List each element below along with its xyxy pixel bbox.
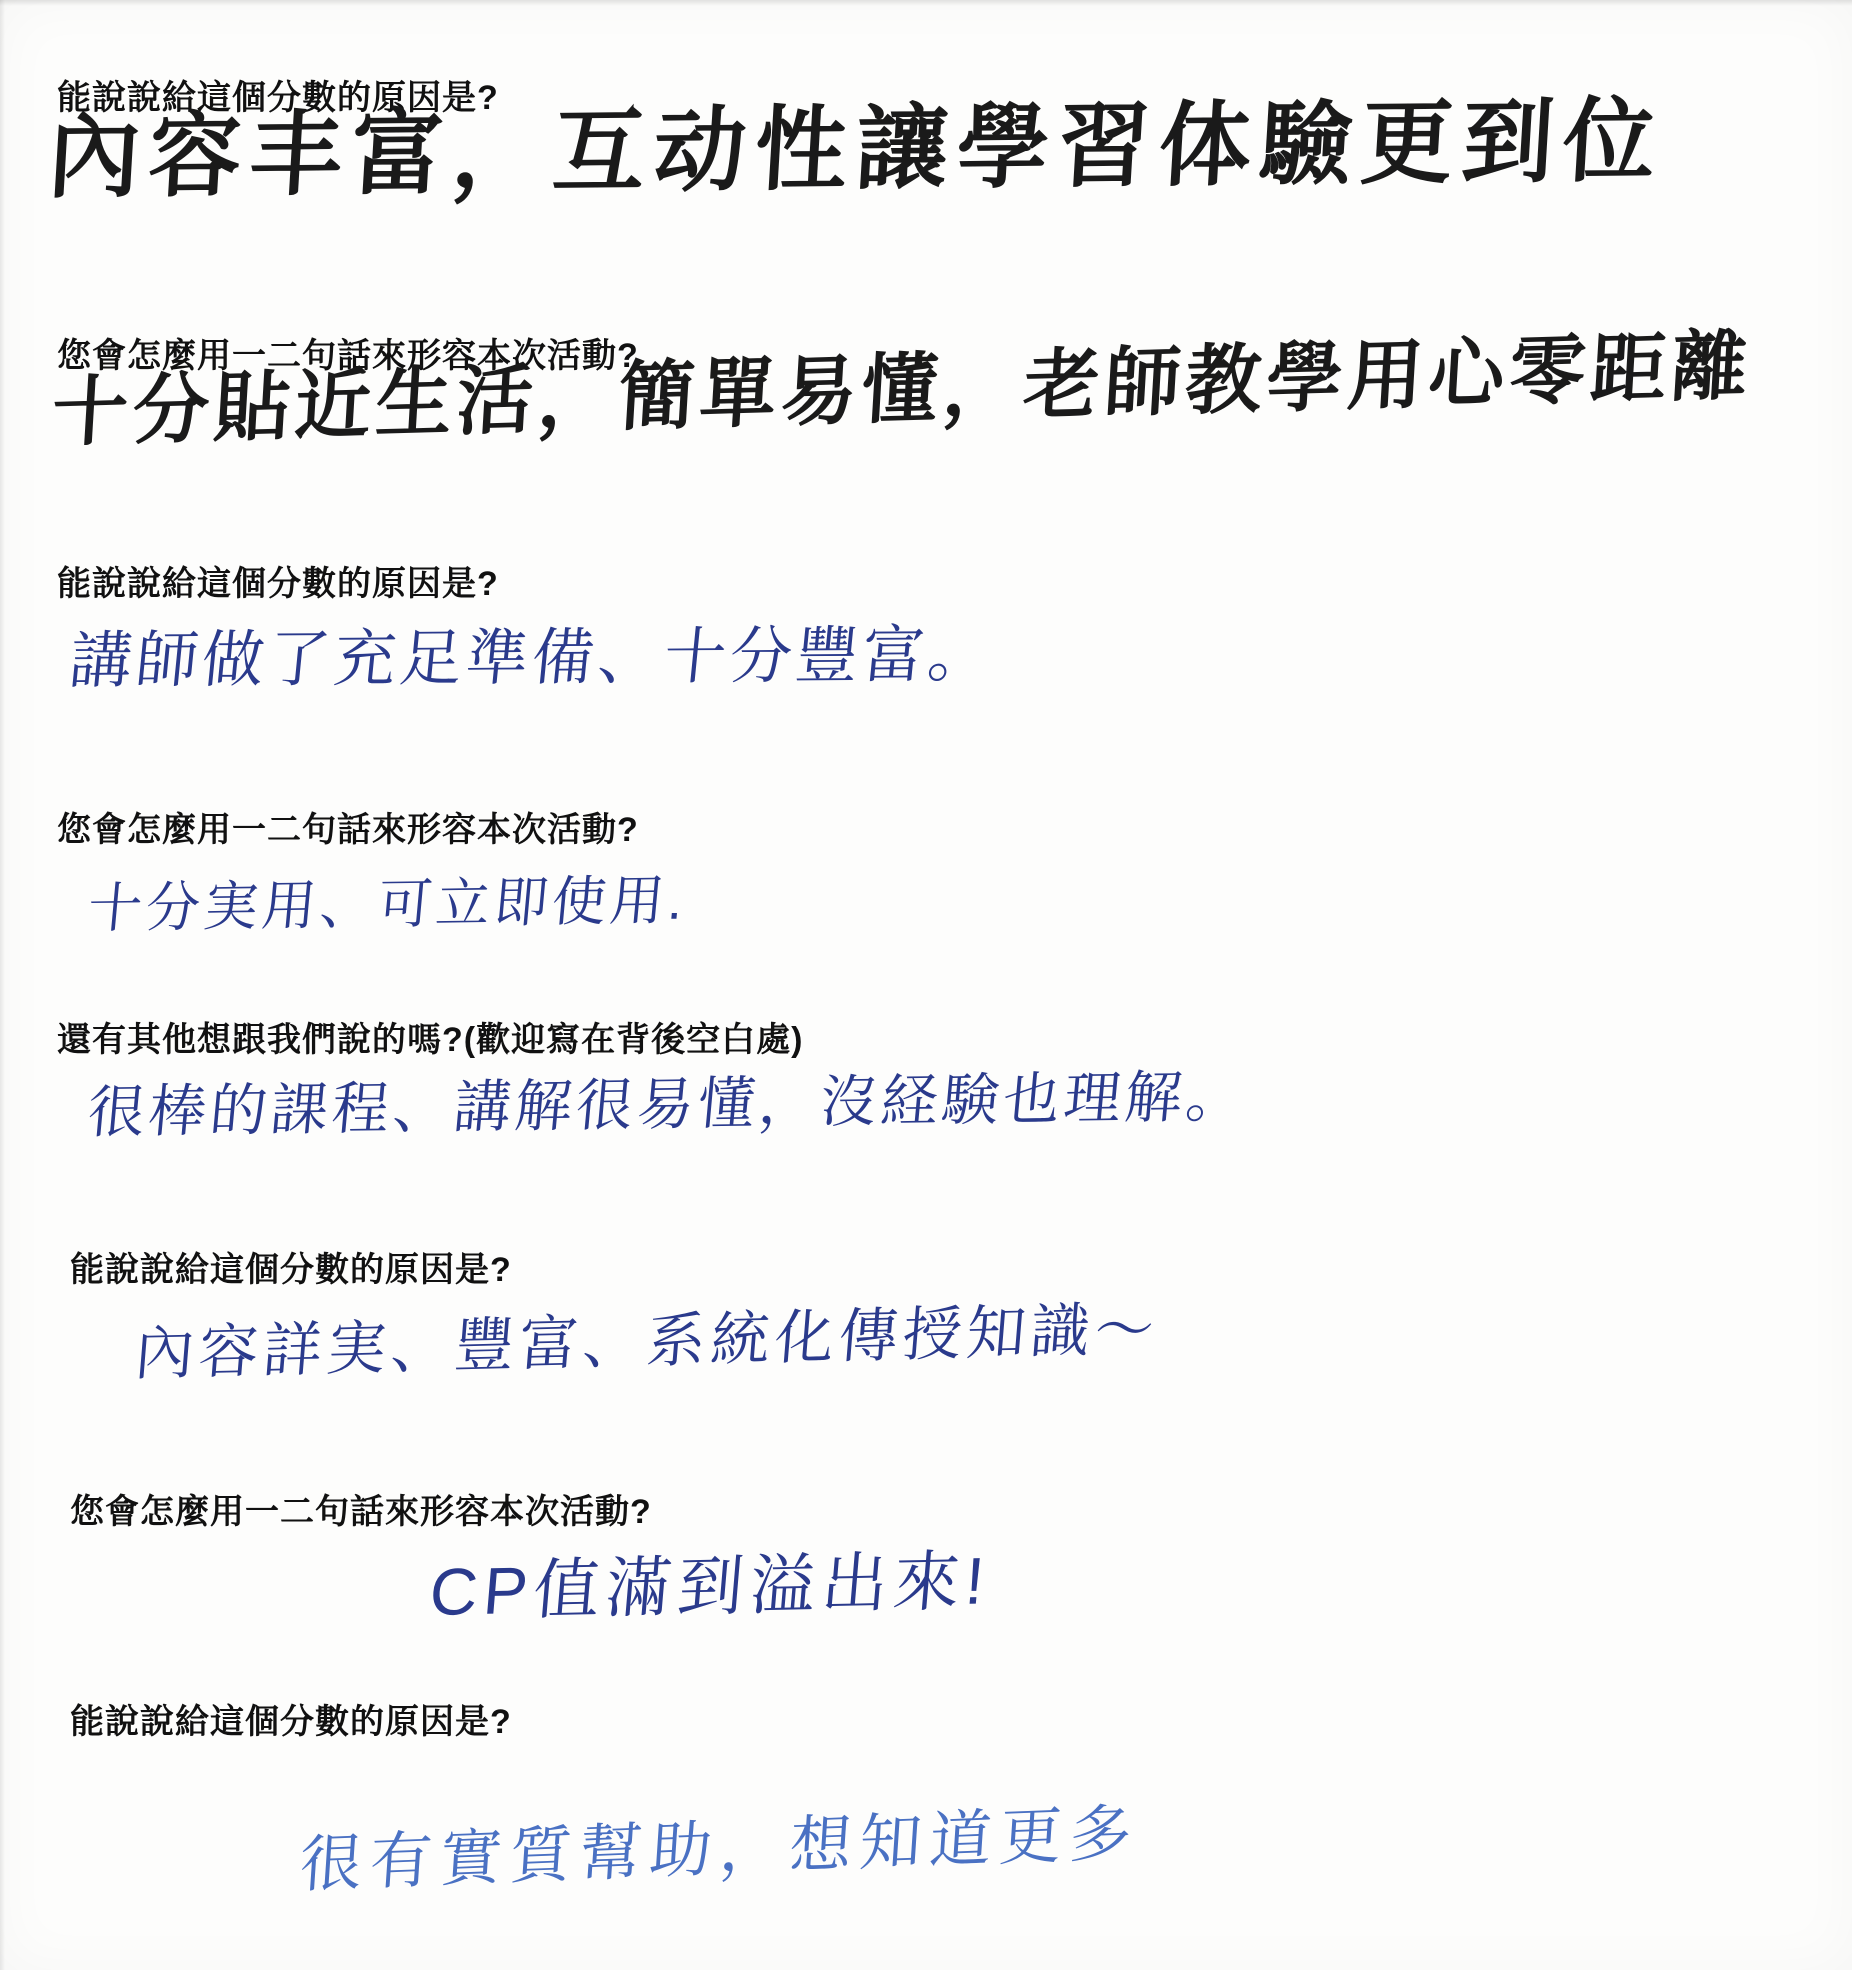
question-describe-event-3: 您會怎麼用一二句話來形容本次活動? [70, 1484, 652, 1533]
question-score-reason-4: 能說說給這個分數的原因是? [70, 1694, 512, 1743]
handwritten-answer-1: 內容丰富，互动性讓學習体驗更到位 [45, 91, 1667, 209]
handwritten-answer-5: 很棒的課程、講解很易懂，沒経験也理解。 [85, 1066, 1250, 1145]
question-anything-else: 還有其他想跟我們說的嗎?(歡迎寫在背後空白處) [57, 1012, 803, 1061]
handwritten-answer-6: 內容詳実、豐富、系統化傳授知識～ [132, 1297, 1161, 1387]
handwritten-answer-7: CP值滿到溢出來! [427, 1544, 993, 1628]
question-describe-event-2: 您會怎麼用一二句話來形容本次活動? [57, 802, 639, 851]
scan-edge-artifact [0, 0, 5, 1970]
scanned-survey-page: 能說說給這個分數的原因是? 內容丰富，互动性讓學習体驗更到位 您會怎麼用一二句話… [0, 0, 1852, 1970]
scan-edge-artifact [0, 0, 1852, 6]
handwritten-answer-3: 講師做了充足準備、十分豐富。 [67, 622, 998, 697]
handwritten-answer-4: 十分実用、可立即使用. [85, 872, 689, 940]
question-score-reason-3: 能說說給這個分數的原因是? [70, 1242, 512, 1291]
question-score-reason-2: 能說說給這個分數的原因是? [57, 556, 499, 605]
handwritten-answer-8: 很有實質幫助，想知道更多 [298, 1800, 1142, 1901]
